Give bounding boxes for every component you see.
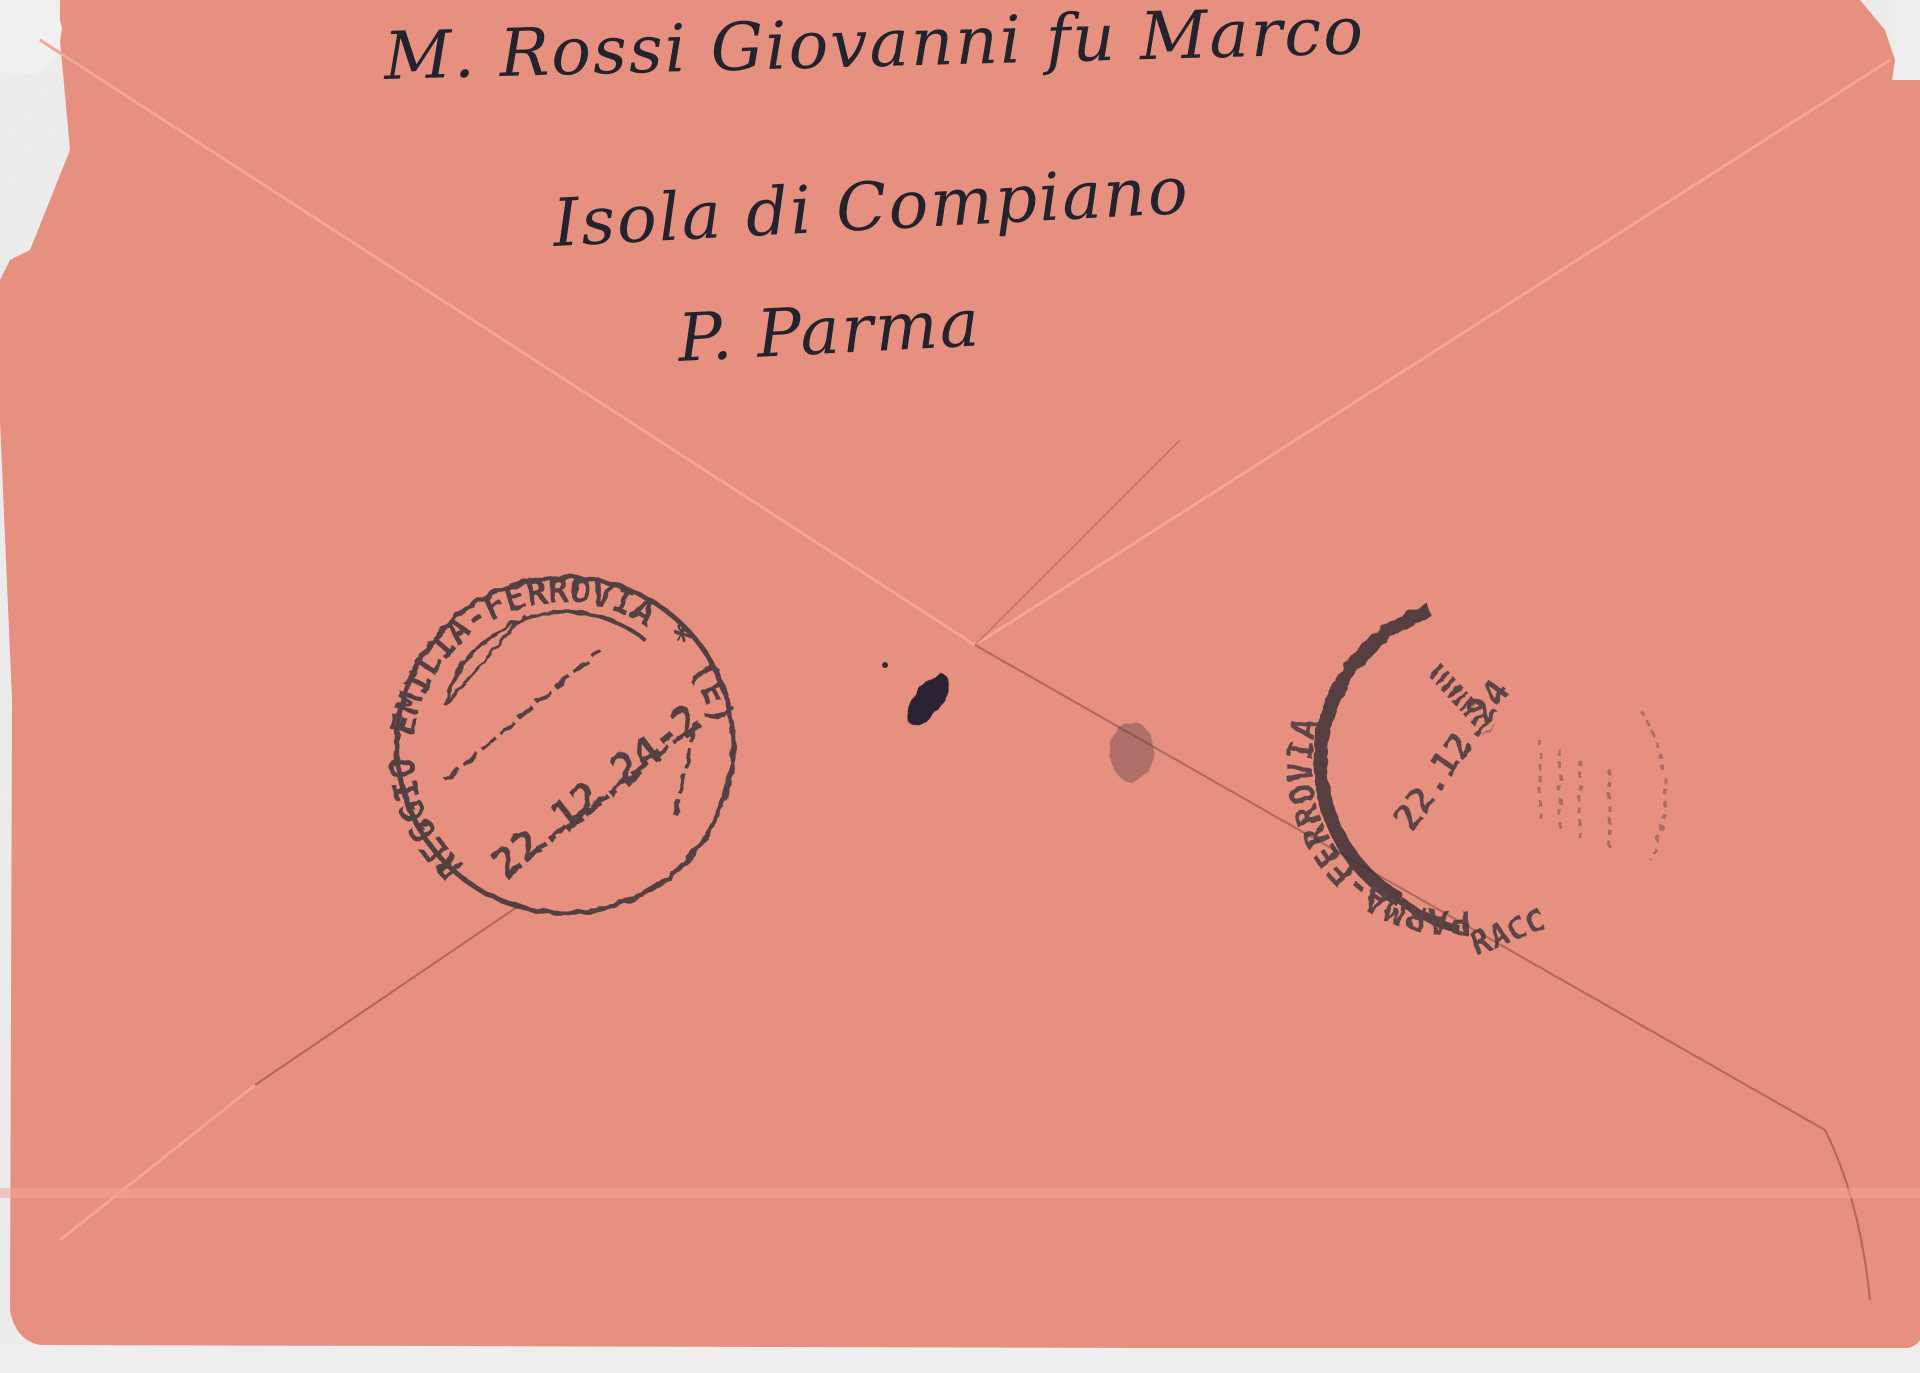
fold-crease xyxy=(0,1188,1920,1198)
sender-province: P. Parma xyxy=(676,284,983,377)
faint-ink-mark xyxy=(1110,722,1154,782)
scan-margin-right xyxy=(1895,0,1920,80)
scan-margin xyxy=(0,1348,1920,1373)
ink-dot xyxy=(882,662,888,668)
